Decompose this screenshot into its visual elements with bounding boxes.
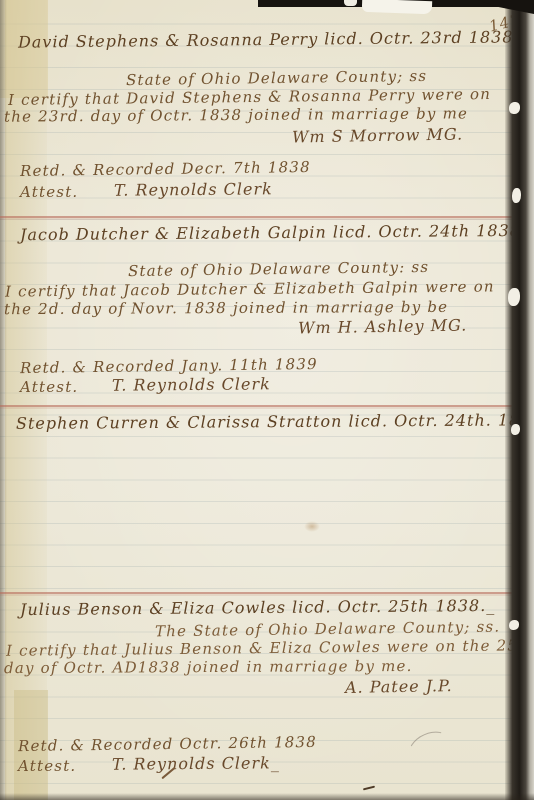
entry-1-certify-line-2: the 23rd. day of Octr. 1838 joined in ma…: [4, 104, 468, 125]
red-rule-2: [0, 405, 534, 407]
torn-paper-notch: [509, 620, 519, 630]
entry-4-officiant-signature: A. Patee J.P.: [345, 676, 453, 697]
scanned-ledger-page: 147 David Stephens & Rosanna Perry licd.…: [0, 0, 534, 800]
torn-paper-notch: [508, 288, 520, 306]
entry-1-officiant-signature: Wm S Morrow MG.: [292, 125, 463, 147]
red-rule-3: [0, 592, 534, 594]
page-bottom-edge: [0, 793, 534, 800]
entry-4-attest-label: Attest.: [18, 757, 76, 775]
torn-paper-notch: [509, 102, 520, 114]
entry-4-clerk-signature: T. Reynolds Clerk_: [112, 753, 280, 773]
entry-1-attest-label: Attest.: [20, 183, 78, 201]
entry-2-certify-line-2: the 2d. day of Novr. 1838 joined in marr…: [4, 298, 448, 318]
ink-stain: [304, 521, 320, 532]
red-rule-1: [0, 216, 534, 218]
entry-1-clerk-signature: T. Reynolds Clerk: [114, 179, 273, 199]
entry-3-header: Stephen Curren & Clarissa Stratton licd.…: [16, 410, 534, 433]
gutter-shadow: [505, 0, 534, 800]
torn-paper-notch: [512, 188, 521, 203]
entry-2-clerk-signature: T. Reynolds Clerk: [112, 374, 271, 394]
entry-2-officiant-signature: Wm H. Ashley MG.: [298, 316, 468, 338]
underlying-page-notch: [344, 0, 357, 6]
underlying-page-corner: [362, 0, 432, 14]
torn-paper-notch: [511, 424, 520, 435]
entry-4-certify-line-2: day of Octr. AD1838 joined in marriage b…: [4, 657, 413, 677]
entry-2-attest-label: Attest.: [20, 378, 78, 396]
